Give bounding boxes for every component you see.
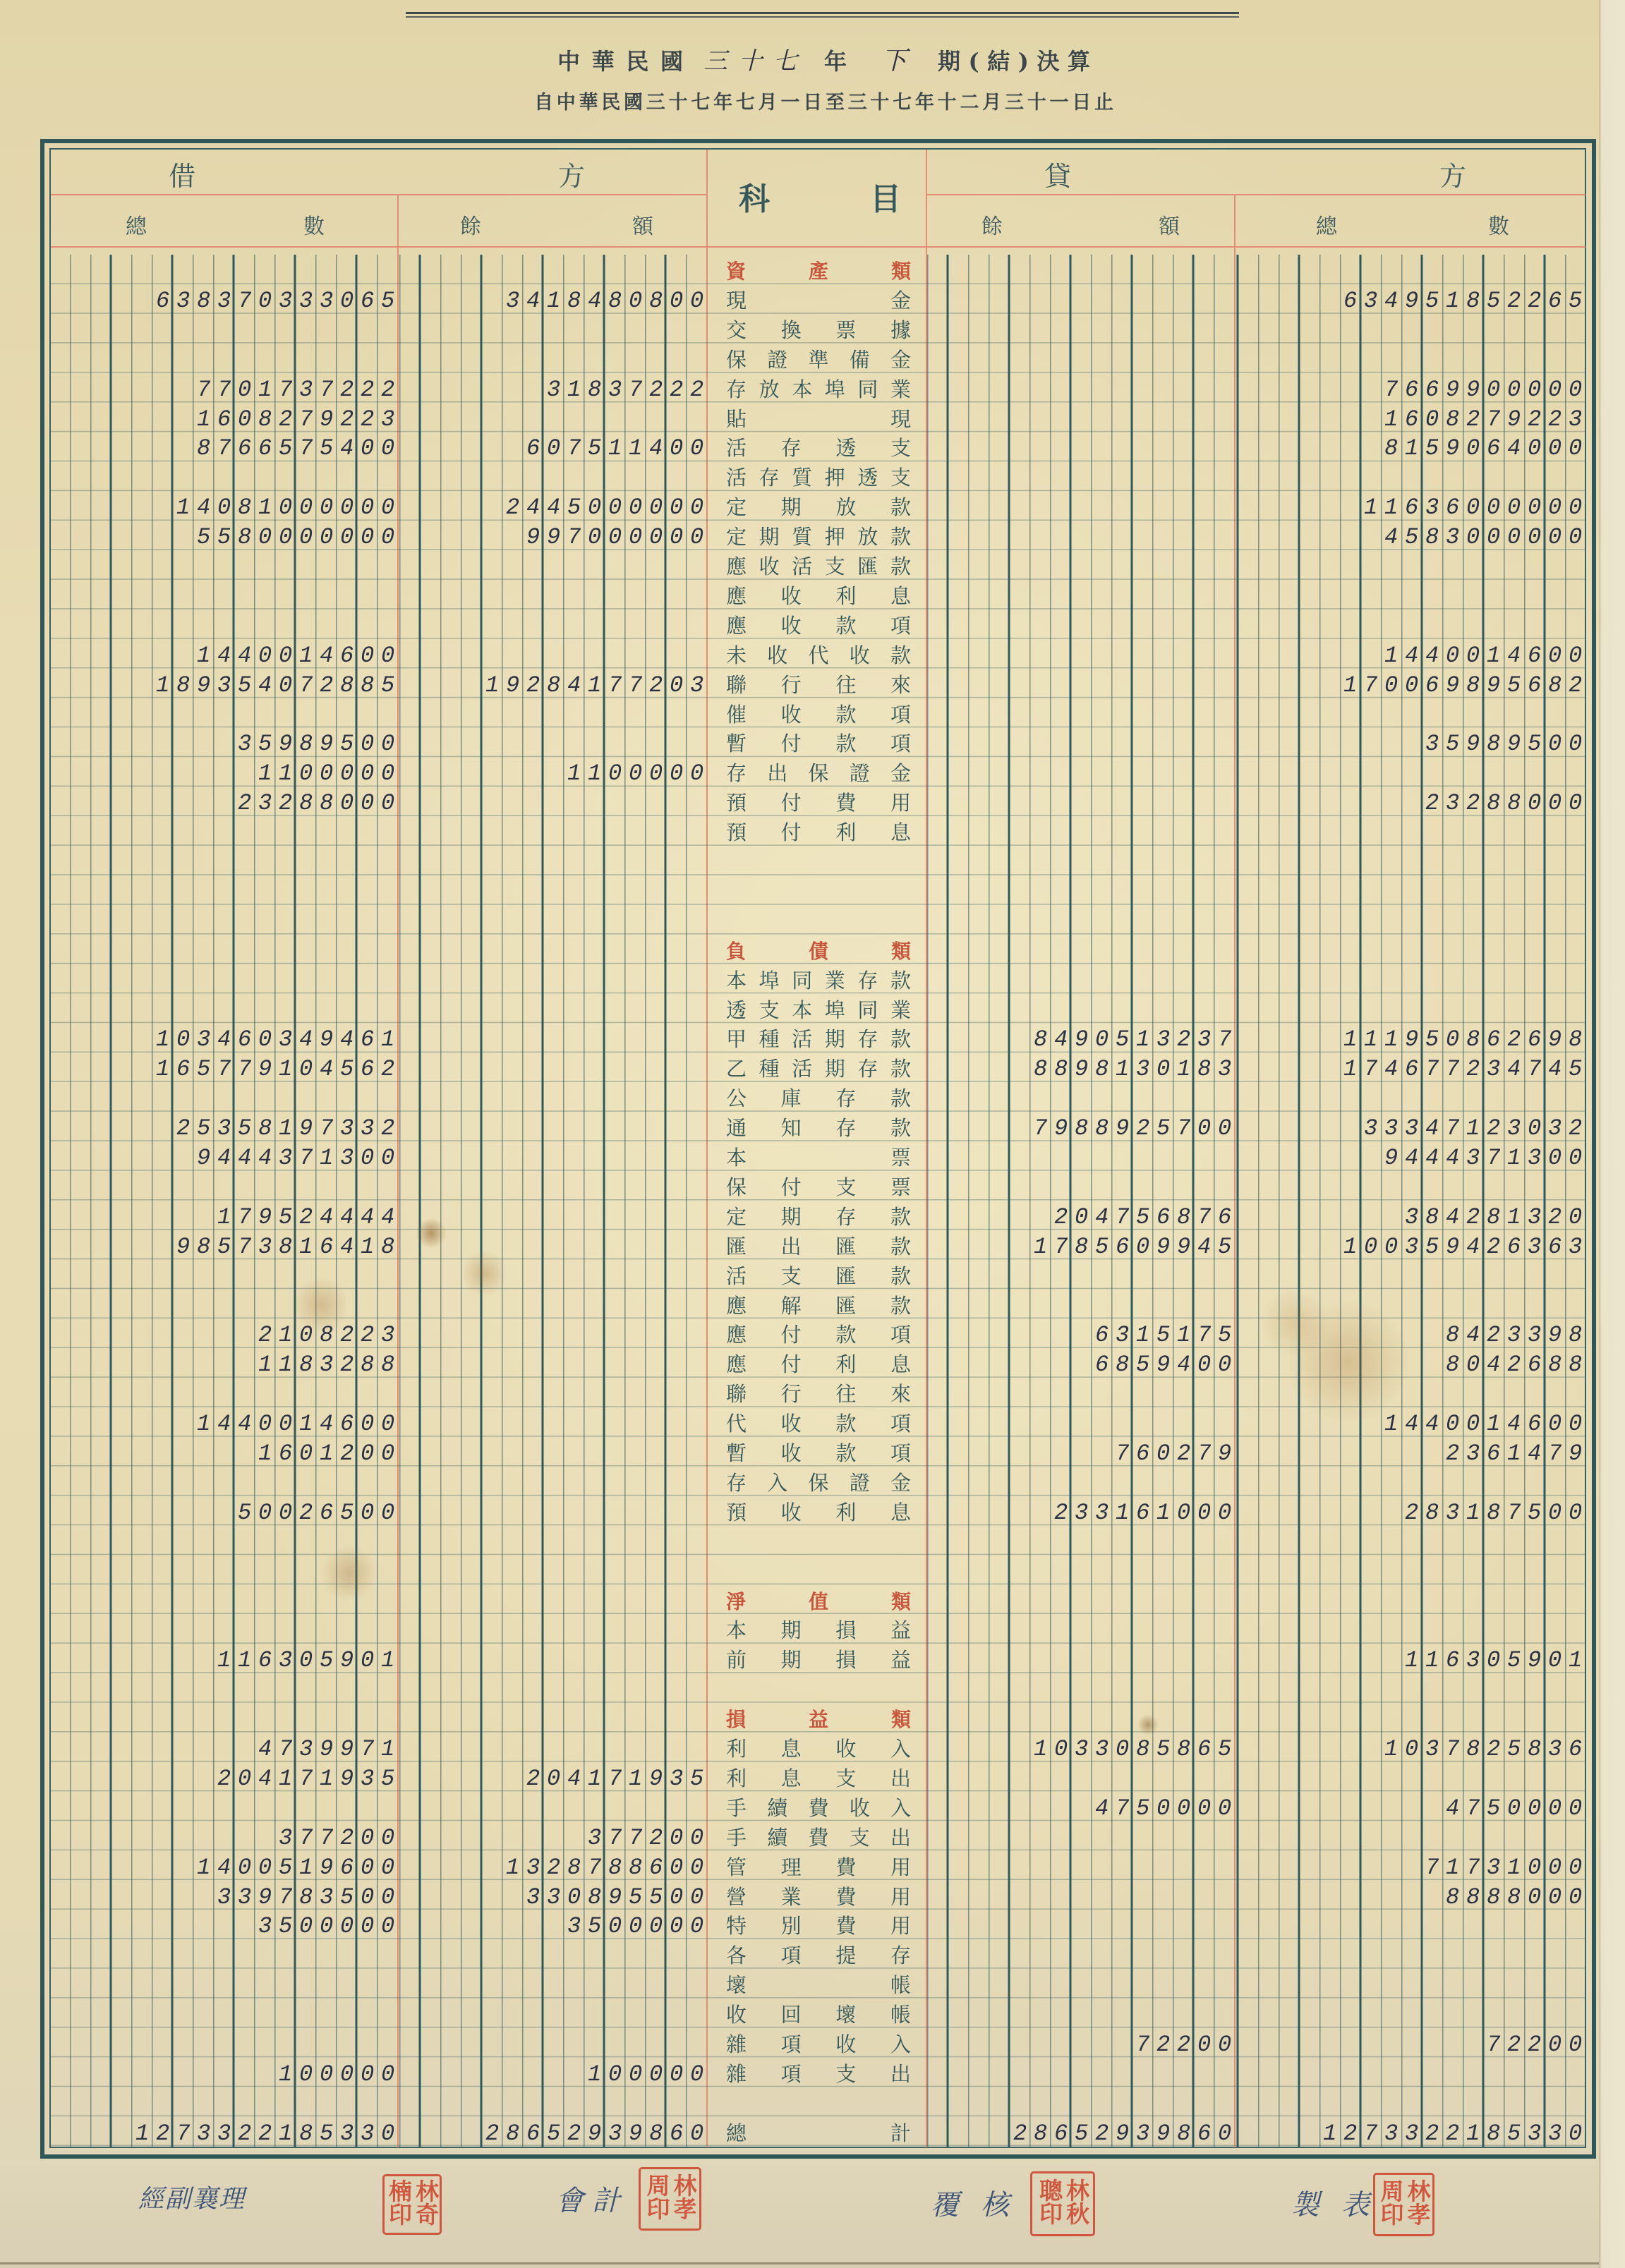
ledger-row: 存入保證金 (0, 1467, 1625, 1496)
debit-total-cell (54, 848, 401, 878)
title-year-suffix: 年 (821, 47, 850, 76)
debit-balance-cell: 330895500 (402, 1883, 711, 1912)
account-name: 預付費用 (707, 789, 926, 818)
debit-total-cell (54, 316, 401, 346)
ledger-row: 14005196001328788600管理費用71731000 (0, 1851, 1625, 1881)
ledger-row: 204171935204171935利息支出 (0, 1762, 1625, 1792)
debit-total-cell: 189354072885 (54, 671, 401, 701)
debit-balance-cell (402, 848, 711, 878)
debit-balance-cell (402, 641, 711, 671)
ledger-row: 100000100000雜項支出 (0, 2058, 1625, 2087)
debit-total-cell (54, 552, 401, 582)
debit-total-cell: 116305901 (54, 1646, 401, 1675)
debit-balance-cell: 3418480800 (402, 286, 711, 316)
credit-balance-cell (931, 257, 1238, 286)
credit-total-cell: 8042688 (1239, 1350, 1589, 1380)
debit-balance-cell: 1100000 (402, 759, 711, 789)
debit-total-cell (54, 612, 401, 641)
credit-balance-cell (931, 1587, 1238, 1617)
debit-total-cell: 4739971 (54, 1735, 401, 1764)
credit-total-cell (1239, 1292, 1589, 1321)
account-name: 應解匯款 (707, 1292, 926, 1321)
debit-balance-cell (402, 1321, 711, 1350)
account-name: 催收款項 (707, 701, 926, 730)
ledger-row: 179524444定期存款204756876384281320 (0, 1201, 1625, 1230)
debit-balance-cell (402, 1055, 711, 1084)
credit-balance-header-char-2: 額 (1157, 215, 1181, 239)
credit-balance-cell (931, 1380, 1238, 1409)
credit-balance-cell (931, 937, 1238, 966)
credit-total-cell: 1608279223 (1239, 405, 1589, 435)
account-name: 透支本埠同業 (707, 996, 926, 1026)
category-row: 資產類 (0, 255, 1625, 284)
account-name (707, 1558, 926, 1587)
blank-row (0, 905, 1625, 935)
blank-row (0, 2087, 1625, 2117)
credit-balance-cell (931, 641, 1238, 671)
credit-balance-cell (931, 1883, 1238, 1912)
credit-total-cell (1239, 257, 1589, 286)
credit-total-cell: 174677234745 (1239, 1055, 1589, 1084)
credit-balance-cell (931, 582, 1238, 612)
debit-total-cell (54, 1675, 401, 1705)
debit-balance-cell (402, 1971, 711, 2001)
debit-total-cell (54, 463, 401, 493)
debit-balance-cell (402, 1025, 711, 1055)
credit-total-cell (1239, 878, 1589, 907)
debit-balance-cell: 2445000000 (402, 493, 711, 523)
credit-balance-cell: 8490513237 (931, 1025, 1238, 1055)
debit-balance-cell (402, 789, 711, 818)
account-name: 利息支出 (707, 1764, 926, 1794)
signature-label-preparer: 製表 (1291, 2190, 1370, 2221)
account-name: 收回壞帳 (707, 2001, 926, 2030)
debit-total-cell: 7701737222 (54, 375, 401, 405)
header-rule-credit (926, 194, 1585, 195)
account-name (707, 878, 926, 907)
debit-total-cell: 1601200 (54, 1439, 401, 1469)
debit-total-cell: 1400519600 (54, 1853, 401, 1883)
ledger-row: 50026500預收利息233161000283187500 (0, 1496, 1625, 1526)
credit-total-cell (1239, 1558, 1589, 1587)
debit-balance-cell: 204171935 (402, 1764, 711, 1794)
ledger-row: 雜項收入7220072200 (0, 2028, 1625, 2058)
credit-balance-cell (931, 996, 1238, 1026)
credit-total-cell: 7669900000 (1239, 375, 1589, 405)
debit-total-cell (54, 1292, 401, 1321)
account-name: 手續費支出 (707, 1824, 926, 1853)
credit-total-cell (1239, 552, 1589, 582)
credit-total-cell (1239, 966, 1589, 996)
credit-balance-cell (931, 1409, 1238, 1439)
debit-total-cell: 8766575400 (54, 434, 401, 463)
debit-total-cell: 9444371300 (54, 1144, 401, 1173)
account-name: 活存質押透支 (707, 463, 926, 493)
debit-balance-cell (402, 1469, 711, 1498)
debit-balance-cell (402, 1705, 711, 1735)
debit-total-cell: 1440014600 (54, 641, 401, 671)
credit-balance-cell: 8898130183 (931, 1055, 1238, 1084)
debit-balance-cell (402, 1350, 711, 1380)
debit-total-cell: 103460349461 (54, 1025, 401, 1055)
credit-balance-cell (931, 1144, 1238, 1173)
credit-balance-cell (931, 1941, 1238, 1971)
credit-total-cell: 4750000 (1239, 1794, 1589, 1824)
category-label: 負債類 (707, 937, 926, 966)
credit-total-cell: 634951852265 (1239, 286, 1589, 316)
debit-balance-cell (402, 1587, 711, 1617)
page-bottom-edge (0, 2262, 1599, 2264)
ledger-row: 8766575400607511400活存透支8159064000 (0, 432, 1625, 461)
ledger-row: 1440014600未收代收款1440014600 (0, 639, 1625, 669)
credit-balance-cell (931, 405, 1238, 435)
debit-balance-cell: 100000 (402, 2060, 711, 2090)
credit-balance-cell (931, 523, 1238, 552)
debit-balance-cell (402, 257, 711, 286)
credit-total-cell: 170069895682 (1239, 671, 1589, 701)
account-name: 應收利息 (707, 582, 926, 612)
ledger-row: 透支本埠同業 (0, 994, 1625, 1024)
credit-balance-cell (931, 671, 1238, 701)
debit-total-cell: 377200 (54, 1824, 401, 1853)
debit-balance-cell: 28652939860 (402, 2119, 711, 2149)
credit-total-cell: 11636000000 (1239, 493, 1589, 523)
account-name: 本票 (707, 1144, 926, 1173)
header-rule-bottom (51, 246, 1585, 248)
credit-total-cell: 9444371300 (1239, 1144, 1589, 1173)
credit-balance-cell (931, 1705, 1238, 1735)
ledger-row: 2108223應付款項63151758423398 (0, 1318, 1625, 1348)
credit-total-cell (1239, 316, 1589, 346)
debit-balance-cell: 607511400 (402, 434, 711, 463)
account-name: 定期質押放款 (707, 523, 926, 552)
debit-total-cell: 1100000 (54, 759, 401, 789)
credit-balance-cell: 233161000 (931, 1498, 1238, 1528)
credit-total-cell (1239, 1705, 1589, 1735)
credit-total-cell (1239, 996, 1589, 1026)
credit-balance-cell: 760279 (931, 1439, 1238, 1469)
account-name: 存出保證金 (707, 759, 926, 789)
debit-balance-cell (402, 937, 711, 966)
ledger-row: 18935407288519284177203聯行往來170069895682 (0, 669, 1625, 698)
category-row: 負債類 (0, 935, 1625, 964)
credit-total-header-char-1: 總 (1315, 215, 1339, 239)
account-name: 匯出匯款 (707, 1232, 926, 1262)
credit-total-cell (1239, 818, 1589, 848)
account-name (707, 2090, 926, 2119)
account-name: 應收活支匯款 (707, 552, 926, 582)
ledger-row: 5580000000997000000定期質押放款4583000000 (0, 521, 1625, 550)
category-row: 淨值類 (0, 1585, 1625, 1615)
debit-balance-cell (402, 701, 711, 730)
account-name: 營業費用 (707, 1883, 926, 1912)
debit-total-cell (54, 878, 401, 907)
account-name: 存入保證金 (707, 1469, 926, 1498)
debit-total-cell (54, 1528, 401, 1558)
credit-balance-cell (931, 1824, 1238, 1853)
credit-balance-header-char-1: 餘 (980, 215, 1004, 239)
debit-total-cell (54, 937, 401, 966)
credit-total-cell (1239, 1262, 1589, 1292)
credit-total-cell (1239, 937, 1589, 966)
title-year-handwritten: 三十七 (703, 47, 797, 76)
ledger-row: 1608279223貼現1608279223 (0, 403, 1625, 432)
subject-header-char-1: 科 (737, 183, 771, 217)
account-name: 利息收入 (707, 1735, 926, 1764)
ledger-row: 公庫存款 (0, 1082, 1625, 1112)
debit-total-cell (54, 1084, 401, 1114)
credit-balance-cell (931, 1292, 1238, 1321)
credit-balance-cell (931, 1528, 1238, 1558)
debit-total-cell (54, 1794, 401, 1824)
ledger-row: 應解匯款 (0, 1290, 1625, 1319)
ledger-row: 應收款項 (0, 610, 1625, 639)
ledger-row: 339783500330895500營業費用8888000 (0, 1881, 1625, 1910)
credit-balance-cell: 28652939860 (931, 2119, 1238, 2149)
debit-total-cell: 165779104562 (54, 1055, 401, 1084)
account-name (707, 1528, 926, 1558)
credit-total-cell (1239, 1675, 1589, 1705)
account-name: 保證準備金 (707, 346, 926, 375)
credit-total-cell (1239, 1380, 1589, 1409)
credit-total-cell: 72200 (1239, 2030, 1589, 2060)
seal-text: 林孝周印 (644, 2173, 697, 2224)
debit-total-cell (54, 1173, 401, 1203)
seal-text: 林秋聰印 (1036, 2178, 1089, 2229)
debit-total-cell: 1273322185330 (54, 2119, 401, 2149)
debit-balance-cell (402, 1144, 711, 1173)
ledger-row: 應收活支匯款 (0, 550, 1625, 580)
credit-balance-cell (931, 286, 1238, 316)
ledger-row: 140810000002445000000定期放款11636000000 (0, 491, 1625, 521)
debit-total-cell (54, 2090, 401, 2119)
blank-row (0, 875, 1625, 905)
debit-balance-cell (402, 729, 711, 759)
account-name: 本期損益 (707, 1616, 926, 1646)
debit-balance-cell (402, 2030, 711, 2060)
debit-balance-cell (402, 582, 711, 612)
ledger-row: 應收利息 (0, 580, 1625, 610)
credit-total-cell: 1037825836 (1239, 1735, 1589, 1764)
credit-balance-cell (931, 818, 1238, 848)
credit-balance-cell (931, 701, 1238, 730)
debit-balance-cell (402, 1646, 711, 1675)
ledger-row: 25358197332通知存款798892570033347123032 (0, 1112, 1625, 1141)
credit-balance-cell (931, 1262, 1238, 1292)
credit-total-cell (1239, 1971, 1589, 2001)
credit-total-cell (1239, 1824, 1589, 1853)
credit-total-cell (1239, 2060, 1589, 2090)
debit-total-cell: 1183288 (54, 1350, 401, 1380)
debit-total-cell (54, 701, 401, 730)
signature-label-manager: 經副襄理 (138, 2184, 244, 2215)
account-name: 未收代收款 (707, 641, 926, 671)
account-name: 公庫存款 (707, 1084, 926, 1114)
credit-total-cell (1239, 1587, 1589, 1617)
debit-balance-cell: 1328788600 (402, 1853, 711, 1883)
credit-total-cell: 2361479 (1239, 1439, 1589, 1469)
header-rule-debit (51, 194, 707, 195)
credit-total-cell (1239, 1941, 1589, 1971)
debit-balance-cell: 377200 (402, 1824, 711, 1853)
debit-balance-cell (402, 1528, 711, 1558)
debit-balance-cell (402, 612, 711, 641)
ledger-row: 壞帳 (0, 1969, 1625, 1999)
ledger-row: 本埠同業存款 (0, 964, 1625, 994)
debit-total-cell: 50026500 (54, 1498, 401, 1528)
debit-balance-cell (402, 2001, 711, 2030)
debit-total-cell (54, 1616, 401, 1646)
debit-balance-cell (402, 1675, 711, 1705)
debit-balance-cell (402, 878, 711, 907)
credit-total-cell: 8888000 (1239, 1883, 1589, 1912)
debit-balance-header-char-1: 餘 (459, 215, 483, 239)
account-name: 預付利息 (707, 818, 926, 848)
account-name: 保付支票 (707, 1173, 926, 1203)
credit-balance-cell (931, 1912, 1238, 1941)
account-name (707, 848, 926, 878)
debit-balance-cell (402, 1558, 711, 1587)
credit-balance-cell (931, 1675, 1238, 1705)
credit-balance-cell (931, 1173, 1238, 1203)
seal-text: 林孝周印 (1377, 2179, 1431, 2230)
credit-balance-cell (931, 1646, 1238, 1675)
debit-balance-cell (402, 1173, 711, 1203)
credit-balance-cell: 1785609945 (931, 1232, 1238, 1262)
credit-total-cell: 33347123032 (1239, 1114, 1589, 1144)
account-name: 預收利息 (707, 1498, 926, 1528)
account-name: 雜項收入 (707, 2030, 926, 2060)
account-name: 通知存款 (707, 1114, 926, 1144)
ledger-row: 165779104562乙種活期存款8898130183174677234745 (0, 1053, 1625, 1082)
category-label: 淨值類 (707, 1587, 926, 1617)
debit-total-cell: 2108223 (54, 1321, 401, 1350)
credit-total-cell (1239, 1469, 1589, 1498)
ledger-row: 手續費收入47500004750000 (0, 1792, 1625, 1821)
seal-text: 林奇楠印 (385, 2179, 439, 2230)
debit-total-cell: 23288000 (54, 789, 401, 818)
credit-total-cell (1239, 701, 1589, 730)
account-name: 前期損益 (707, 1646, 926, 1675)
account-name: 暫收款項 (707, 1439, 926, 1469)
debit-balance-cell (402, 1380, 711, 1409)
ledger-row: 活支匯款 (0, 1260, 1625, 1290)
credit-balance-cell (931, 434, 1238, 463)
credit-total-cell: 35989500 (1239, 729, 1589, 759)
debit-balance-cell (402, 1439, 711, 1469)
debit-total-cell (54, 1469, 401, 1498)
credit-total-cell: 111950862698 (1239, 1025, 1589, 1055)
account-name: 代收款項 (707, 1409, 926, 1439)
title-half-handwritten: 下 (874, 47, 914, 76)
ledger-row: 9444371300本票9444371300 (0, 1141, 1625, 1171)
blank-row (0, 1673, 1625, 1703)
credit-total-cell: 8159064000 (1239, 434, 1589, 463)
credit-total-cell: 100359426363 (1239, 1232, 1589, 1262)
debit-balance-cell: 3500000 (402, 1912, 711, 1941)
ledger-row: 催收款項 (0, 698, 1625, 728)
credit-balance-cell: 204756876 (931, 1203, 1238, 1232)
credit-balance-cell: 6859400 (931, 1350, 1238, 1380)
debit-total-cell: 14081000000 (54, 493, 401, 523)
credit-total-cell (1239, 759, 1589, 789)
credit-balance-cell (931, 2090, 1238, 2119)
credit-balance-cell (931, 789, 1238, 818)
credit-balance-cell (931, 1971, 1238, 2001)
debit-total-header-char-2: 數 (302, 215, 326, 239)
debit-balance-cell (402, 552, 711, 582)
credit-total-cell (1239, 612, 1589, 641)
ledger-row: 1601200暫收款項7602792361479 (0, 1437, 1625, 1467)
debit-balance-cell (402, 1292, 711, 1321)
credit-total-cell (1239, 1173, 1589, 1203)
signature-label-accountant: 會計 (555, 2185, 620, 2217)
account-name: 管理費用 (707, 1853, 926, 1883)
account-name: 應付款項 (707, 1321, 926, 1350)
credit-total-cell (1239, 1764, 1589, 1794)
debit-balance-cell (402, 818, 711, 848)
credit-balance-cell (931, 375, 1238, 405)
ledger-row: 各項提存 (0, 1939, 1625, 1969)
account-name: 壞帳 (707, 1971, 926, 2001)
title-prefix: 中華民國 (557, 47, 683, 76)
debit-balance-cell (402, 966, 711, 996)
ledger-row: 35000003500000特別費用 (0, 1910, 1625, 1939)
debit-total-cell (54, 2001, 401, 2030)
debit-total-cell (54, 2030, 401, 2060)
credit-balance-cell (931, 2001, 1238, 2030)
credit-total-cell: 283187500 (1239, 1498, 1589, 1528)
credit-total-cell (1239, 346, 1589, 375)
debit-total-cell: 339783500 (54, 1883, 401, 1912)
account-name: 各項提存 (707, 1941, 926, 1971)
debit-total-cell (54, 257, 401, 286)
credit-total-cell (1239, 2001, 1589, 2030)
account-name: 聯行往來 (707, 1380, 926, 1409)
ledger-row: 活存質押透支 (0, 461, 1625, 491)
debit-total-cell (54, 1705, 401, 1735)
category-row: 損益類 (0, 1703, 1625, 1733)
credit-balance-cell: 72200 (931, 2030, 1238, 2060)
account-name: 現金 (707, 286, 926, 316)
debit-balance-cell (402, 1084, 711, 1114)
account-name: 暫付款項 (707, 729, 926, 759)
debit-total-cell (54, 582, 401, 612)
account-name: 活支匯款 (707, 1262, 926, 1292)
credit-total-cell (1239, 2090, 1589, 2119)
credit-balance-cell: 4750000 (931, 1794, 1238, 1824)
credit-total-cell (1239, 1084, 1589, 1114)
credit-balance-cell (931, 907, 1238, 937)
account-name: 貼現 (707, 405, 926, 435)
signature-label-reviewer: 覆核 (931, 2190, 1009, 2221)
ledger-row: 116305901前期損益116305901 (0, 1644, 1625, 1673)
credit-balance-cell: 6315175 (931, 1321, 1238, 1350)
credit-total-cell (1239, 907, 1589, 937)
account-name: 應付利息 (707, 1350, 926, 1380)
debit-total-cell (54, 1941, 401, 1971)
credit-balance-cell (931, 552, 1238, 582)
ledger-row: 11000001100000存出保證金 (0, 757, 1625, 787)
credit-balance-cell (931, 1084, 1238, 1114)
account-name: 手續費收入 (707, 1794, 926, 1824)
debit-header-char-2: 方 (557, 162, 586, 191)
credit-balance-cell (931, 729, 1238, 759)
subject-header-char-2: 目 (869, 183, 902, 217)
debit-total-cell: 1608279223 (54, 405, 401, 435)
account-name (707, 1675, 926, 1705)
ledger-row: 6383703330653418480800現金634951852265 (0, 284, 1625, 314)
